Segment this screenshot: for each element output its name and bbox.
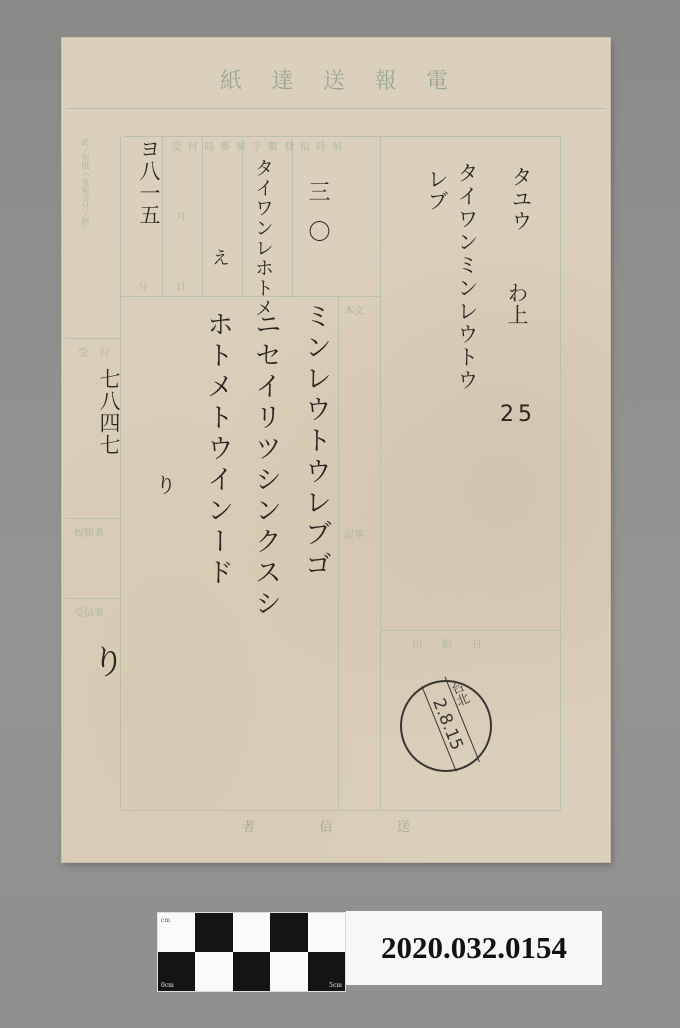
handwritten-body-line-1: ミンレウトウレブゴ xyxy=(298,302,332,581)
handwritten-time-bottom: 七八四七 xyxy=(92,368,126,456)
proof-label: 校閲者 xyxy=(74,524,104,539)
receipt-stamp-label: 印附日 xyxy=(412,636,502,651)
scale-label-right: 5cm xyxy=(329,982,342,989)
rule-col-2 xyxy=(202,136,203,296)
title-char: 紙 xyxy=(220,64,244,95)
rule-left-receiver xyxy=(66,598,120,599)
footer-char: 信 xyxy=(319,816,334,835)
header-fields-label: 受付局番號字數發信時刻 xyxy=(172,138,348,153)
title-char: 報 xyxy=(374,64,398,95)
rule-left-received xyxy=(66,338,120,339)
received-label: 受付 xyxy=(78,344,122,359)
day-label: 日 xyxy=(176,278,186,293)
title-char: 達 xyxy=(271,64,295,95)
top-note-label: 此ノ用紙ハ電報受付ノ際… xyxy=(80,138,91,318)
body-label: 本文 xyxy=(344,302,364,317)
title-char: 電 xyxy=(426,64,450,95)
minute-label: 分 xyxy=(138,278,148,293)
accession-number-label: 2020.032.0154 xyxy=(346,911,602,985)
handwritten-header-mark: え xyxy=(202,248,236,270)
handwritten-address-2: タイワンミンレウトウ xyxy=(454,162,480,392)
footer-char: 者 xyxy=(242,816,257,835)
handwritten-body-line-2: ニセイリツシンクスシ xyxy=(248,310,282,620)
rule-col-3 xyxy=(242,136,243,296)
handwritten-header-number: 三〇 xyxy=(300,180,334,260)
rule-header-top xyxy=(124,136,560,137)
rule-header-bottom xyxy=(120,296,380,297)
rule-top xyxy=(66,108,606,109)
handwritten-header-station: タイワンレホトメ xyxy=(252,158,274,318)
footer-label: 者 信 送 xyxy=(242,816,412,835)
rule-left-proof xyxy=(66,518,120,519)
footer-char: 送 xyxy=(397,816,412,835)
rule-body-right xyxy=(338,296,339,810)
rule-address-left xyxy=(380,136,381,810)
receiver-label: 受信者 xyxy=(74,604,104,619)
telegram-delivery-form: 紙 達 送 報 電 受付局番號字數發信時刻 此ノ用紙ハ電報受付ノ際… 月 日 分… xyxy=(62,38,610,862)
rule-col-4 xyxy=(292,136,293,296)
handwritten-mark-receiver: り xyxy=(88,644,122,682)
title-char: 送 xyxy=(323,64,347,95)
handwritten-address-3: レブ xyxy=(420,168,454,212)
rule-stamp-top xyxy=(380,630,560,631)
scale-label-left: 0cm xyxy=(161,982,174,989)
form-title: 紙 達 送 報 電 xyxy=(220,64,450,95)
handwritten-address-number: 25 xyxy=(500,398,536,432)
scale-label-top: cm xyxy=(161,917,170,924)
rule-left-col xyxy=(120,136,121,810)
handwritten-address-annotation: わ上 xyxy=(500,282,534,326)
handwritten-time-top: ヨ八一五 xyxy=(132,138,166,226)
month-label: 月 xyxy=(176,208,186,223)
remarks-label: 記事 xyxy=(344,526,364,541)
rule-bottom xyxy=(120,810,560,811)
handwritten-mark-middle: り xyxy=(148,474,182,496)
handwritten-address-1: タユウ xyxy=(504,166,538,232)
handwritten-body-line-3: ホトメトウインード xyxy=(200,310,234,589)
rule-address-right xyxy=(560,136,561,810)
color-scale-bar: cm 0cm 5cm xyxy=(157,912,346,992)
postmark-stamp: 台北 2.8.15 xyxy=(386,666,506,786)
